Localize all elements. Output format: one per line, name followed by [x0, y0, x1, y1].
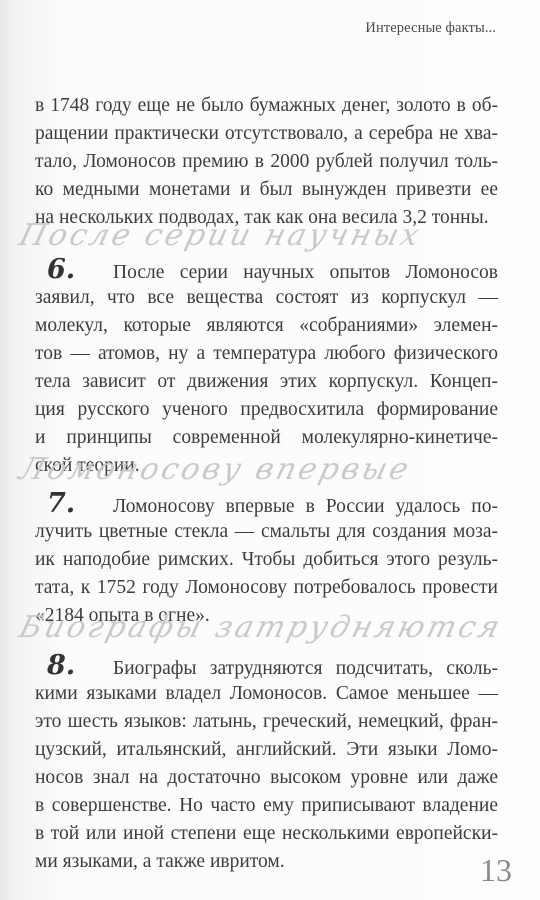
- text-line-content: Биографы затрудняются подсчитать, сколь-: [113, 655, 498, 683]
- running-head: Интересные факты...: [365, 20, 496, 37]
- handwriting-sample: Ломоносову впервые: [16, 452, 415, 487]
- text-line: молекул, которые являются «собраниями» э…: [35, 312, 498, 340]
- page-number: 13: [480, 852, 512, 889]
- text-line: в той или иной степени еще несколькими е…: [35, 820, 498, 848]
- text-line: тало, Ломоносов премию в 2000 рублей пол…: [35, 148, 498, 176]
- text-line: тата, к 1752 году Ломоносову потребовало…: [35, 574, 498, 602]
- text-line: цузский, итальянский, английский. Эти яз…: [35, 736, 498, 764]
- text-line: лучить цветные стекла — смальты для созд…: [35, 518, 498, 546]
- text-line: кими языками владел Ломоносов. Самое мен…: [35, 680, 498, 708]
- fact-6-paragraph: 6.После серии научных опытов Ломоносов з…: [35, 256, 498, 480]
- text-line: ко медными монетами и был вынужден приве…: [35, 176, 498, 204]
- text-line: ми языками, а также ивритом.: [35, 848, 498, 876]
- text-line: ция русского ученого предвосхитила форми…: [35, 396, 498, 424]
- fact-8-paragraph: 8.Биографы затрудняются подсчитать, скол…: [35, 652, 498, 876]
- text-line-content: После серии научных опытов Ломоносов: [113, 259, 498, 287]
- book-page: Интересные факты... в 1748 году еще не б…: [0, 0, 540, 900]
- text-line: тов — атомов, ну а температура любого фи…: [35, 340, 498, 368]
- text-line: в 1748 году еще не было бумажных денег, …: [35, 92, 498, 120]
- fact-7-paragraph: 7.Ломоносову впервые в России удалось по…: [35, 490, 498, 630]
- text-line-content: Ломоносову впервые в России удалось по-: [113, 493, 498, 521]
- fact-number: 7.: [35, 490, 113, 518]
- text-line: это шесть языков: латынь, греческий, нем…: [35, 708, 498, 736]
- text-line: ик наподобие римских. Чтобы добиться это…: [35, 546, 498, 574]
- text-line: носов знал на достаточно высоком уровне …: [35, 764, 498, 792]
- text-line: тела зависит от движения этих корпускул.…: [35, 368, 498, 396]
- text-line: 6.После серии научных опытов Ломоносов: [35, 256, 498, 284]
- text-line: 8.Биографы затрудняются подсчитать, скол…: [35, 652, 498, 680]
- continuation-paragraph: в 1748 году еще не было бумажных денег, …: [35, 92, 498, 232]
- text-line: ращении практически отсутствовало, а сер…: [35, 120, 498, 148]
- text-line: 7.Ломоносову впервые в России удалось по…: [35, 490, 498, 518]
- text-line: заявил, что все вещества состоят из корп…: [35, 284, 498, 312]
- handwriting-sample: Биографы затрудняются: [16, 610, 506, 645]
- handwriting-sample: После серии научных: [16, 218, 426, 253]
- fact-number: 8.: [35, 652, 113, 680]
- fact-number: 6.: [35, 256, 113, 284]
- text-line: в совершенстве. Но часто ему приписывают…: [35, 792, 498, 820]
- text-line: и принципы современной молекулярно-кинет…: [35, 424, 498, 452]
